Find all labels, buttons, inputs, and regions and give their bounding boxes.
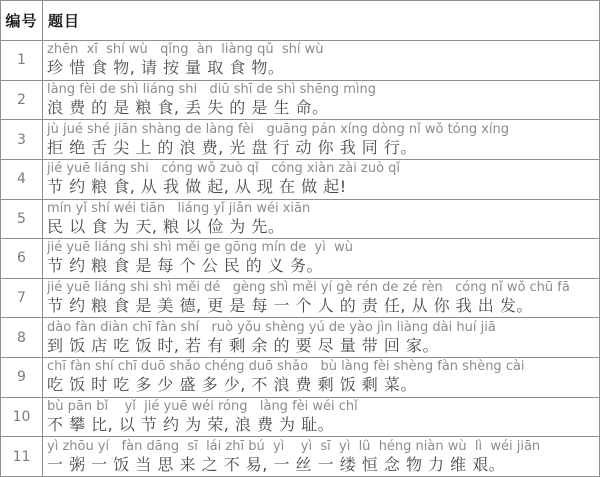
- row-number: 2: [1, 80, 43, 120]
- table-row: 6jié yuē liáng shi shì měi ge gōng mín d…: [1, 239, 600, 279]
- row-content: bù pān bǐ yǐ jié yuē wéi róng làng fèi w…: [43, 397, 600, 437]
- hanzi-line: 一 粥 一 饭 当 思 来 之 不 易, 一 丝 一 缕 恒 念 物 力 维 艰…: [47, 454, 599, 475]
- hanzi-line: 到 饭 店 吃 饭 时, 若 有 剩 余 的 要 尽 量 带 回 家。: [47, 335, 599, 356]
- row-number: 8: [1, 318, 43, 358]
- hanzi-line: 节 约 粮 食 是 美 德, 更 是 每 一 个 人 的 责 任, 从 你 我 …: [47, 295, 599, 316]
- slogan-table: 编号 题目 1zhēn xī shí wù qǐng àn liàng qǔ s…: [0, 0, 600, 477]
- table-row: 8dào fàn diàn chī fàn shí ruò yǒu shèng …: [1, 318, 600, 358]
- pinyin-line: zhēn xī shí wù qǐng àn liàng qǔ shí wù: [47, 42, 599, 57]
- hanzi-line: 吃 饭 时 吃 多 少 盛 多 少, 不 浪 费 剩 饭 剩 菜。: [47, 374, 599, 395]
- table-row: 3jù jué shé jiān shàng de làng fèi guāng…: [1, 120, 600, 160]
- table-row: 7jié yuē liáng shi shì měi dé gèng shì m…: [1, 278, 600, 318]
- header-number: 编号: [1, 1, 43, 41]
- hanzi-line: 珍 惜 食 物, 请 按 量 取 食 物。: [47, 57, 599, 78]
- hanzi-line: 节 约 粮 食 是 每 个 公 民 的 义 务。: [47, 255, 599, 276]
- pinyin-line: làng fèi de shì liáng shi diū shī de shì…: [47, 82, 599, 97]
- header-title: 题目: [43, 1, 600, 41]
- pinyin-line: chī fàn shí chī duō shǎo chéng duō shǎo …: [47, 359, 599, 374]
- row-number: 10: [1, 397, 43, 437]
- pinyin-line: jié yuē liáng shi shì měi ge gōng mín de…: [47, 240, 599, 255]
- hanzi-line: 节 约 粮 食, 从 我 做 起, 从 现 在 做 起!: [47, 176, 599, 197]
- row-content: jié yuē liáng shi shì měi ge gōng mín de…: [43, 239, 600, 279]
- table-row: 4jié yuē liáng shi cóng wǒ zuò qǐ cóng x…: [1, 159, 600, 199]
- table-row: 2làng fèi de shì liáng shi diū shī de sh…: [1, 80, 600, 120]
- row-content: chī fàn shí chī duō shǎo chéng duō shǎo …: [43, 358, 600, 398]
- table-row: 9chī fàn shí chī duō shǎo chéng duō shǎo…: [1, 358, 600, 398]
- pinyin-line: bù pān bǐ yǐ jié yuē wéi róng làng fèi w…: [47, 399, 599, 414]
- row-content: jù jué shé jiān shàng de làng fèi guāng …: [43, 120, 600, 160]
- row-number: 9: [1, 358, 43, 398]
- pinyin-line: jù jué shé jiān shàng de làng fèi guāng …: [47, 122, 599, 137]
- page: 编号 题目 1zhēn xī shí wù qǐng àn liàng qǔ s…: [0, 0, 600, 477]
- row-number: 6: [1, 239, 43, 279]
- table-header-row: 编号 题目: [1, 1, 600, 41]
- table-row: 11yì zhōu yí fàn dāng sī lái zhī bú yì y…: [1, 437, 600, 477]
- row-content: mín yǐ shí wéi tiān liáng yǐ jiǎn wéi xi…: [43, 199, 600, 239]
- row-content: dào fàn diàn chī fàn shí ruò yǒu shèng y…: [43, 318, 600, 358]
- row-number: 5: [1, 199, 43, 239]
- row-number: 3: [1, 120, 43, 160]
- row-number: 7: [1, 278, 43, 318]
- hanzi-line: 浪 费 的 是 粮 食, 丢 失 的 是 生 命。: [47, 97, 599, 118]
- table-row: 1zhēn xī shí wù qǐng àn liàng qǔ shí wù珍…: [1, 41, 600, 81]
- table-row: 5mín yǐ shí wéi tiān liáng yǐ jiǎn wéi x…: [1, 199, 600, 239]
- row-number: 4: [1, 159, 43, 199]
- row-content: jié yuē liáng shi shì měi dé gèng shì mě…: [43, 278, 600, 318]
- pinyin-line: mín yǐ shí wéi tiān liáng yǐ jiǎn wéi xi…: [47, 201, 599, 216]
- row-content: zhēn xī shí wù qǐng àn liàng qǔ shí wù珍 …: [43, 41, 600, 81]
- pinyin-line: dào fàn diàn chī fàn shí ruò yǒu shèng y…: [47, 320, 599, 335]
- pinyin-line: jié yuē liáng shi cóng wǒ zuò qǐ cóng xi…: [47, 161, 599, 176]
- row-content: jié yuē liáng shi cóng wǒ zuò qǐ cóng xi…: [43, 159, 600, 199]
- row-number: 1: [1, 41, 43, 81]
- table-body: 1zhēn xī shí wù qǐng àn liàng qǔ shí wù珍…: [1, 41, 600, 477]
- row-number: 11: [1, 437, 43, 477]
- pinyin-line: jié yuē liáng shi shì měi dé gèng shì mě…: [47, 280, 599, 295]
- hanzi-line: 不 攀 比, 以 节 约 为 荣, 浪 费 为 耻。: [47, 414, 599, 435]
- row-content: làng fèi de shì liáng shi diū shī de shì…: [43, 80, 600, 120]
- pinyin-line: yì zhōu yí fàn dāng sī lái zhī bú yì yì …: [47, 439, 599, 454]
- hanzi-line: 拒 绝 舌 尖 上 的 浪 费, 光 盘 行 动 你 我 同 行。: [47, 137, 599, 158]
- row-content: yì zhōu yí fàn dāng sī lái zhī bú yì yì …: [43, 437, 600, 477]
- hanzi-line: 民 以 食 为 天, 粮 以 俭 为 先。: [47, 216, 599, 237]
- table-row: 10bù pān bǐ yǐ jié yuē wéi róng làng fèi…: [1, 397, 600, 437]
